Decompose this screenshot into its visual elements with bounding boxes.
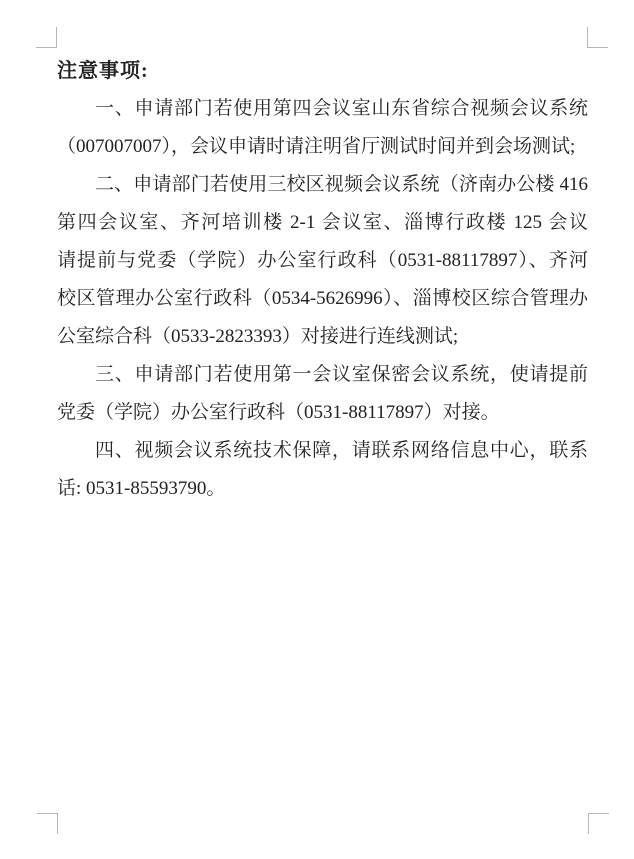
note-2-line: 二、申请部门若使用三校区视频会议系统（济南办公楼 416 [57, 166, 588, 204]
text-boundary-mark-bottom-left [37, 813, 58, 834]
note-1-line: 一、申请部门若使用第四会议室山东省综合视频会议系统 [57, 90, 588, 128]
note-3-line: 党委（学院）办公室行政科（0531-88117897）对接。 [57, 394, 588, 432]
text-boundary-mark-top-right [587, 27, 608, 48]
document-heading: 注意事项: [57, 52, 588, 90]
note-2-line: 请提前与党委（学院）办公室行政科（0531-88117897）、齐河 [57, 242, 588, 280]
note-2-line: 第四会议室、齐河培训楼 2-1 会议室、淄博行政楼 125 会议室）， [57, 204, 588, 242]
text-boundary-mark-top-left [36, 27, 57, 48]
text-boundary-mark-bottom-right [588, 813, 609, 834]
note-2-line: 公室综合科（0533-2823393）对接进行连线测试; [57, 318, 588, 356]
note-4-line: 四、视频会议系统技术保障，请联系网络信息中心，联系电 [57, 432, 588, 470]
note-3-line: 三、申请部门若使用第一会议室保密会议系统，使请提前与 [57, 356, 588, 394]
document-content: 注意事项: 一、申请部门若使用第四会议室山东省综合视频会议系统 （0070070… [57, 52, 588, 508]
note-2-line: 校区管理办公室行政科（0534-5626996）、淄博校区综合管理办 [57, 280, 588, 318]
note-1-line: （007007007），会议申请时请注明省厅测试时间并到会场测试; [57, 128, 588, 166]
note-4-line: 话: 0531-85593790。 [57, 470, 588, 508]
document-page: 注意事项: 一、申请部门若使用第四会议室山东省综合视频会议系统 （0070070… [0, 0, 634, 859]
